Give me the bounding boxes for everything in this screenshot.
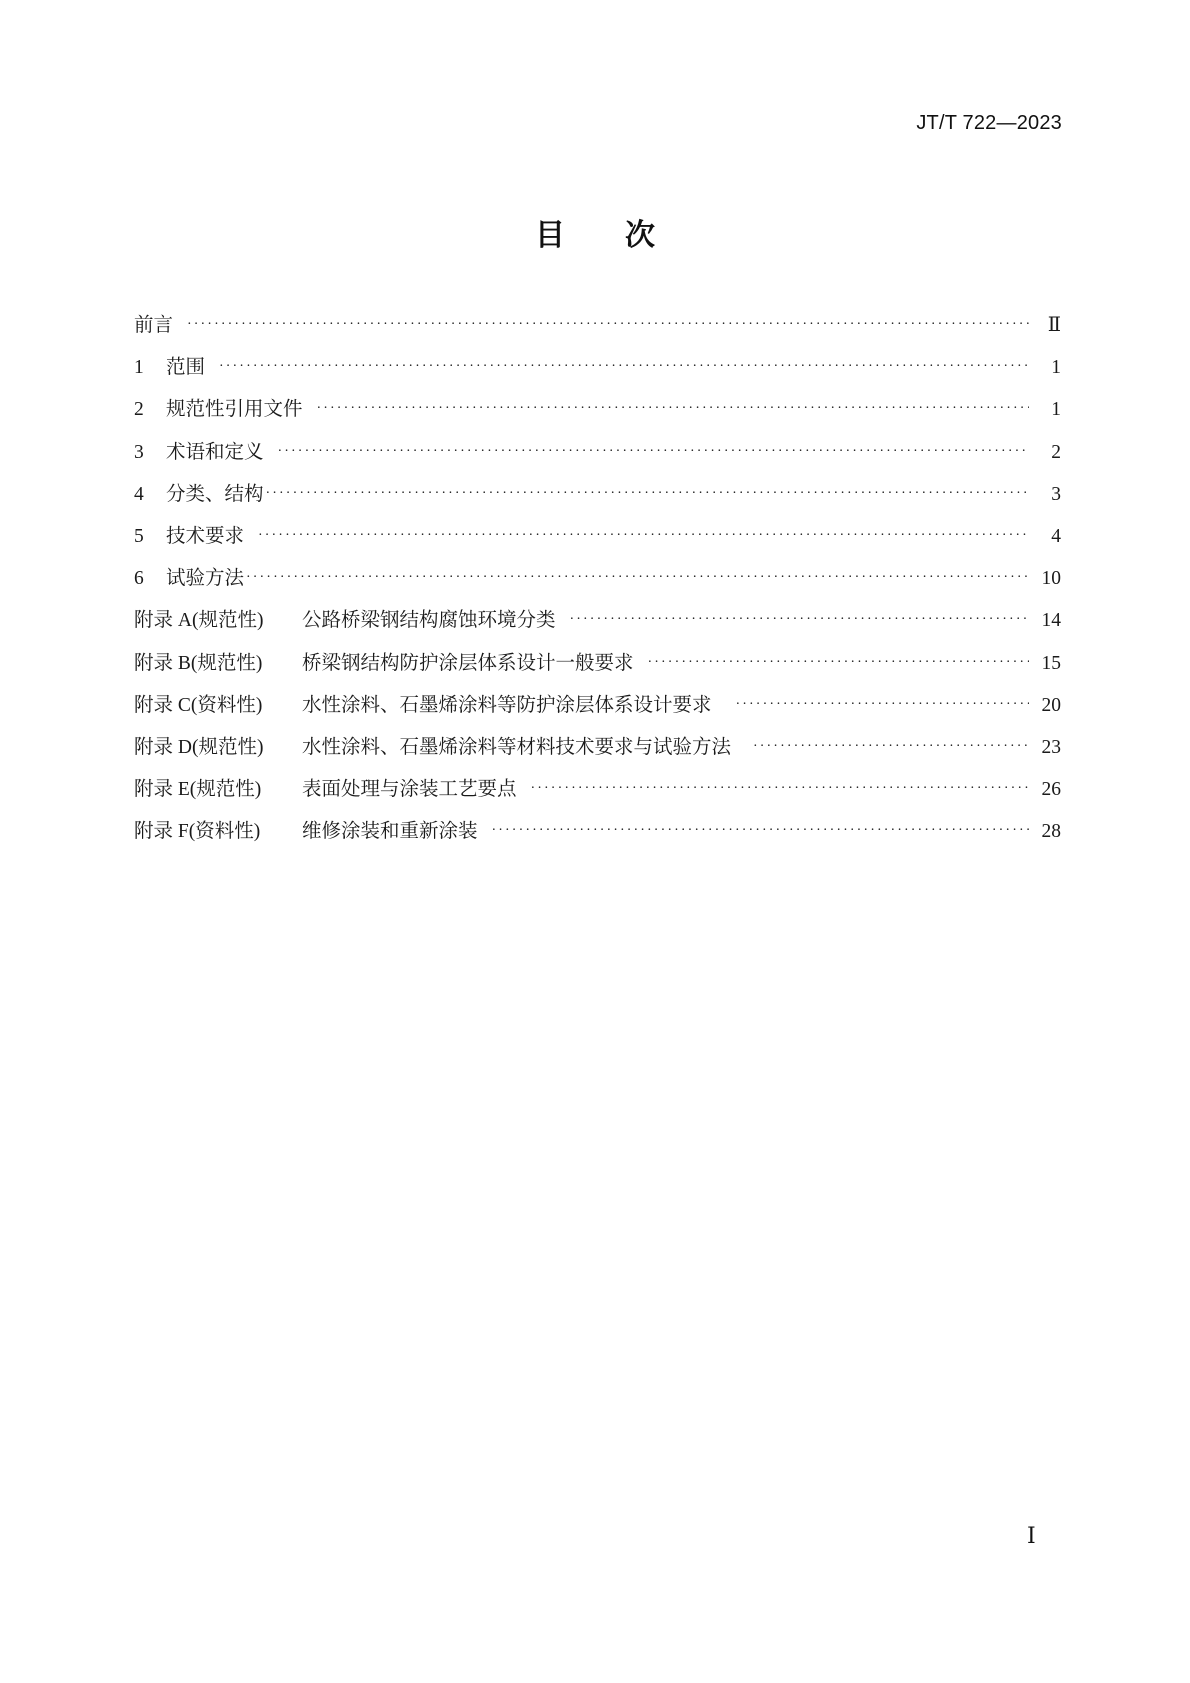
- toc-entry-number: 5: [134, 516, 166, 558]
- toc-entry-label: 试验方法: [166, 558, 244, 600]
- toc-entry-label: 分类、结构: [166, 474, 264, 516]
- toc-leader-dots: [492, 810, 1029, 852]
- toc-leader-dots: [266, 473, 1029, 515]
- toc-leader-dots: [187, 304, 1029, 346]
- table-of-contents: 前言 Ⅱ 1 范围 1 2 规范性引用文件 1 3 术语和定义 2 4 分类、结…: [134, 305, 1061, 853]
- toc-entry-annex-b[interactable]: 附录 B(规范性) 桥梁钢结构防护涂层体系设计一般要求 15: [134, 643, 1061, 685]
- toc-entry-page: 3: [1041, 474, 1061, 516]
- toc-leader-dots: [570, 599, 1029, 641]
- toc-entry-annex-d[interactable]: 附录 D(规范性) 水性涂料、石墨烯涂料等材料技术要求与试验方法 23: [134, 727, 1061, 769]
- toc-entry-label: 表面处理与涂装工艺要点: [302, 769, 517, 811]
- toc-entry-page: Ⅱ: [1041, 305, 1061, 347]
- toc-leader-dots: [246, 557, 1029, 599]
- toc-entry-page: 15: [1041, 643, 1061, 685]
- toc-entry-label: 水性涂料、石墨烯涂料等材料技术要求与试验方法: [302, 727, 731, 769]
- toc-entry-label: 前言: [134, 305, 173, 347]
- toc-leader-dots: [317, 388, 1029, 430]
- title-char-1: 目: [535, 210, 565, 254]
- toc-annex-prefix: 附录 E(规范性): [134, 769, 302, 811]
- toc-entry-section-2[interactable]: 2 规范性引用文件 1: [134, 389, 1061, 431]
- toc-entry-label: 维修涂装和重新涂装: [302, 811, 478, 853]
- toc-entry-label: 技术要求: [166, 516, 244, 558]
- toc-entry-label: 公路桥梁钢结构腐蚀环境分类: [302, 600, 556, 642]
- toc-entry-label: 规范性引用文件: [166, 389, 303, 431]
- toc-entry-page: 20: [1041, 685, 1061, 727]
- toc-entry-label: 水性涂料、石墨烯涂料等防护涂层体系设计要求: [302, 685, 712, 727]
- toc-entry-section-6[interactable]: 6 试验方法 10: [134, 558, 1061, 600]
- toc-entry-page: 2: [1041, 432, 1061, 474]
- toc-entry-section-3[interactable]: 3 术语和定义 2: [134, 432, 1061, 474]
- toc-entry-page: 23: [1041, 727, 1061, 769]
- toc-entry-label: 术语和定义: [166, 432, 264, 474]
- toc-entry-label: 范围: [166, 347, 205, 389]
- toc-leader-dots: [736, 684, 1029, 726]
- toc-leader-dots: [648, 642, 1029, 684]
- toc-entry-annex-c[interactable]: 附录 C(资料性) 水性涂料、石墨烯涂料等防护涂层体系设计要求 20: [134, 685, 1061, 727]
- toc-entry-foreword[interactable]: 前言 Ⅱ: [134, 305, 1061, 347]
- toc-entry-page: 14: [1041, 600, 1061, 642]
- toc-leader-dots: [278, 431, 1029, 473]
- toc-entry-label: 桥梁钢结构防护涂层体系设计一般要求: [302, 643, 634, 685]
- toc-entry-page: 1: [1041, 389, 1061, 431]
- toc-entry-number: 1: [134, 347, 166, 389]
- toc-annex-prefix: 附录 B(规范性): [134, 643, 302, 685]
- toc-leader-dots: [753, 726, 1029, 768]
- toc-entry-section-5[interactable]: 5 技术要求 4: [134, 516, 1061, 558]
- page-title: 目次: [0, 210, 1190, 254]
- toc-entry-annex-e[interactable]: 附录 E(规范性) 表面处理与涂装工艺要点 26: [134, 769, 1061, 811]
- toc-entry-annex-a[interactable]: 附录 A(规范性) 公路桥梁钢结构腐蚀环境分类 14: [134, 600, 1061, 642]
- toc-entry-page: 28: [1041, 811, 1061, 853]
- toc-annex-prefix: 附录 A(规范性): [134, 600, 302, 642]
- toc-leader-dots: [219, 346, 1029, 388]
- standard-code-header: JT/T 722—2023: [916, 112, 1062, 135]
- toc-entry-section-4[interactable]: 4 分类、结构 3: [134, 474, 1061, 516]
- toc-annex-prefix: 附录 F(资料性): [134, 811, 302, 853]
- toc-entry-page: 26: [1041, 769, 1061, 811]
- toc-entry-page: 1: [1041, 347, 1061, 389]
- toc-leader-dots: [258, 515, 1029, 557]
- title-char-2: 次: [625, 210, 655, 254]
- page-number: Ⅰ: [1027, 1523, 1036, 1549]
- toc-entry-section-1[interactable]: 1 范围 1: [134, 347, 1061, 389]
- toc-entry-number: 3: [134, 432, 166, 474]
- toc-annex-prefix: 附录 D(规范性): [134, 727, 302, 769]
- toc-entry-number: 4: [134, 474, 166, 516]
- toc-leader-dots: [531, 768, 1029, 810]
- toc-entry-number: 6: [134, 558, 166, 600]
- toc-annex-prefix: 附录 C(资料性): [134, 685, 302, 727]
- toc-entry-page: 10: [1041, 558, 1061, 600]
- toc-entry-annex-f[interactable]: 附录 F(资料性) 维修涂装和重新涂装 28: [134, 811, 1061, 853]
- toc-entry-page: 4: [1041, 516, 1061, 558]
- toc-entry-number: 2: [134, 389, 166, 431]
